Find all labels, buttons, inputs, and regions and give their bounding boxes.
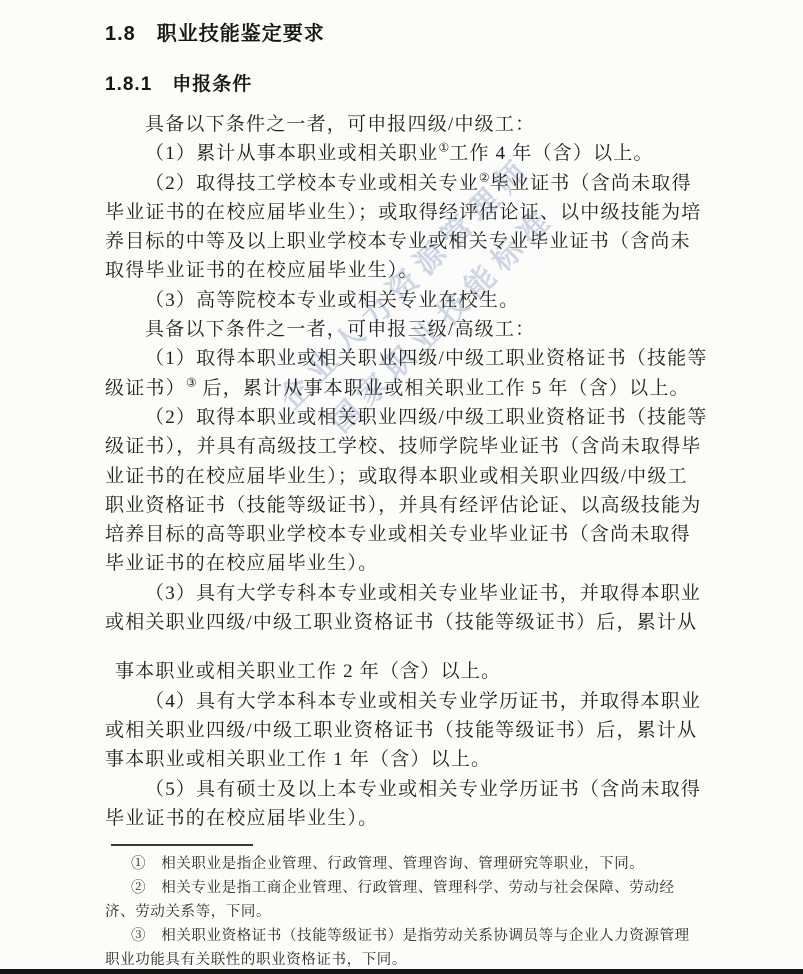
text-line: 济、劳动关系等，下同。: [105, 900, 753, 924]
text-line: （1）累计从事本职业或相关职业①工作 4 年（含）以上。: [105, 139, 753, 168]
text-line: 毕业证书的在校应届毕业生）；或取得经评估论证、以中级技能为培: [105, 198, 753, 227]
text-line: （3）具有大学专科本专业或相关专业毕业证书，并取得本职业: [105, 579, 753, 608]
text-segment: 或相关职业四级/中级工职业资格证书（技能等级证书）后，累计从: [105, 720, 697, 741]
document-page: 企业人力资源管理师 国家职业技能标准 1.8 职业技能鉴定要求 1.8.1 申报…: [0, 0, 803, 974]
text-segment: 具备以下条件之一者，可申报四级/中级工：: [145, 114, 535, 135]
text-line: 取得毕业证书的在校应届毕业生）。: [105, 256, 753, 285]
text-line: 培养目标的高等职业学校本专业或相关专业毕业证书（含尚未取得: [105, 520, 753, 549]
text-line: 或相关职业四级/中级工职业资格证书（技能等级证书）后，累计从: [105, 716, 753, 745]
text-line: 毕业证书的在校应届毕业生）。: [105, 549, 753, 578]
text-line: 具备以下条件之一者，可申报三级/高级工：: [105, 315, 753, 344]
text-segment: 养目标的中等及以上职业学校本专业或相关专业毕业证书（含尚未: [105, 231, 691, 252]
text-segment: 级证书），并具有高级技工学校、技师学院毕业证书（含尚未取得毕: [105, 436, 702, 457]
text-line: 级证书），并具有高级技工学校、技师学院毕业证书（含尚未取得毕: [105, 432, 753, 461]
text-line: 级证书）③ 后，累计从事本职业或相关职业工作 5 年（含）以上。: [105, 374, 753, 403]
text-segment: 毕业证书（含尚未取得: [490, 173, 692, 194]
document-content: 1.8 职业技能鉴定要求 1.8.1 申报条件 具备以下条件之一者，可申报四级/…: [105, 0, 753, 972]
text-segment: （3）高等院校本专业或相关专业在校生。: [145, 290, 519, 311]
text-segment: 毕业证书的在校应届毕业生）；或取得经评估论证、以中级技能为培: [105, 202, 702, 223]
text-line: 具备以下条件之一者，可申报四级/中级工：: [105, 110, 753, 139]
text-line: （3）高等院校本专业或相关专业在校生。: [105, 286, 753, 315]
text-segment: ① 相关职业是指企业管理、行政管理、管理咨询、管理研究等职业，下同。: [131, 856, 644, 872]
text-segment: （3）具有大学专科本专业或相关专业毕业证书，并取得本职业: [145, 583, 701, 604]
text-segment: 职业资格证书（技能等级证书），并具有经评估论证、以高级技能为: [105, 495, 702, 516]
footnote-separator: [111, 844, 253, 846]
text-segment: 或相关职业四级/中级工职业资格证书（技能等级证书）后，累计从: [105, 612, 697, 633]
text-line: （1）取得本职业或相关职业四级/中级工职业资格证书（技能等: [105, 344, 753, 373]
text-segment: （4）具有大学本科本专业或相关专业学历证书，并取得本职业: [145, 691, 701, 712]
text-line: ③ 相关职业资格证书（技能等级证书）是指劳动关系协调员等与企业人力资源管理: [105, 924, 753, 948]
footnote-reference: ②: [479, 170, 490, 184]
text-segment: 事本职业或相关职业工作 1 年（含）以上。: [105, 749, 491, 770]
text-segment: 毕业证书的在校应届毕业生）。: [105, 808, 378, 829]
text-segment: 具备以下条件之一者，可申报三级/高级工：: [145, 319, 535, 340]
text-line: ① 相关职业是指企业管理、行政管理、管理咨询、管理研究等职业，下同。: [105, 852, 753, 876]
text-line: 事本职业或相关职业工作 1 年（含）以上。: [105, 745, 753, 774]
text-segment: （1）取得本职业或相关职业四级/中级工职业资格证书（技能等: [145, 348, 708, 369]
page-bottom-edge: [0, 969, 803, 974]
text-segment: 毕业证书的在校应届毕业生）。: [105, 553, 378, 574]
text-line: 职业资格证书（技能等级证书），并具有经评估论证、以高级技能为: [105, 491, 753, 520]
text-line: （2）取得技工学校本专业或相关专业②毕业证书（含尚未取得: [105, 169, 753, 198]
text-segment: 事本职业或相关职业工作 2 年（含）以上。: [115, 661, 501, 682]
text-segment: 职业功能具有关联性的职业资格证书，下同。: [105, 952, 407, 968]
text-segment: （1）累计从事本职业或相关职业: [145, 143, 439, 164]
text-line: 养目标的中等及以上职业学校本专业或相关专业毕业证书（含尚未: [105, 227, 753, 256]
text-segment: 济、劳动关系等，下同。: [105, 904, 271, 920]
text-segment: 培养目标的高等职业学校本专业或相关专业毕业证书（含尚未取得: [105, 524, 691, 545]
text-segment: （2）取得技工学校本专业或相关专业: [145, 173, 479, 194]
text-line: （4）具有大学本科本专业或相关专业学历证书，并取得本职业: [105, 687, 753, 716]
subsection-heading: 1.8.1 申报条件: [105, 73, 753, 97]
text-line: ② 相关专业是指工商企业管理、行政管理、管理科学、劳动与社会保障、劳动经: [105, 876, 753, 900]
text-segment: （2）取得本职业或相关职业四级/中级工职业资格证书（技能等: [145, 407, 708, 428]
text-line: 事本职业或相关职业工作 2 年（含）以上。: [105, 657, 753, 686]
footnote-reference: ③: [186, 375, 197, 389]
text-line: （5）具有硕士及以上本专业或相关专业学历证书（含尚未取得: [105, 775, 753, 804]
text-segment: 级证书）: [105, 378, 186, 399]
text-segment: ③ 相关职业资格证书（技能等级证书）是指劳动关系协调员等与企业人力资源管理: [131, 928, 690, 944]
text-line: 毕业证书的在校应届毕业生）。: [105, 804, 753, 833]
text-segment: ② 相关专业是指工商企业管理、行政管理、管理科学、劳动与社会保障、劳动经: [131, 880, 675, 896]
footnotes: ① 相关职业是指企业管理、行政管理、管理咨询、管理研究等职业，下同。② 相关专业…: [105, 852, 753, 972]
text-line: 业证书的在校应届毕业生）；或取得本职业或相关职业四级/中级工: [105, 462, 753, 491]
text-segment: 工作 4 年（含）以上。: [449, 143, 653, 164]
text-segment: 后，累计从事本职业或相关职业工作 5 年（含）以上。: [197, 378, 690, 399]
text-segment: （5）具有硕士及以上本专业或相关专业学历证书（含尚未取得: [145, 779, 701, 800]
footnote-reference: ①: [439, 141, 450, 155]
section-heading: 1.8 职业技能鉴定要求: [105, 22, 753, 46]
body-text: 具备以下条件之一者，可申报四级/中级工：（1）累计从事本职业或相关职业①工作 4…: [105, 110, 753, 833]
text-line: （2）取得本职业或相关职业四级/中级工职业资格证书（技能等: [105, 403, 753, 432]
text-segment: 业证书的在校应届毕业生）；或取得本职业或相关职业四级/中级工: [105, 466, 688, 487]
text-segment: 取得毕业证书的在校应届毕业生）。: [105, 260, 419, 281]
text-line: 或相关职业四级/中级工职业资格证书（技能等级证书）后，累计从: [105, 608, 753, 637]
